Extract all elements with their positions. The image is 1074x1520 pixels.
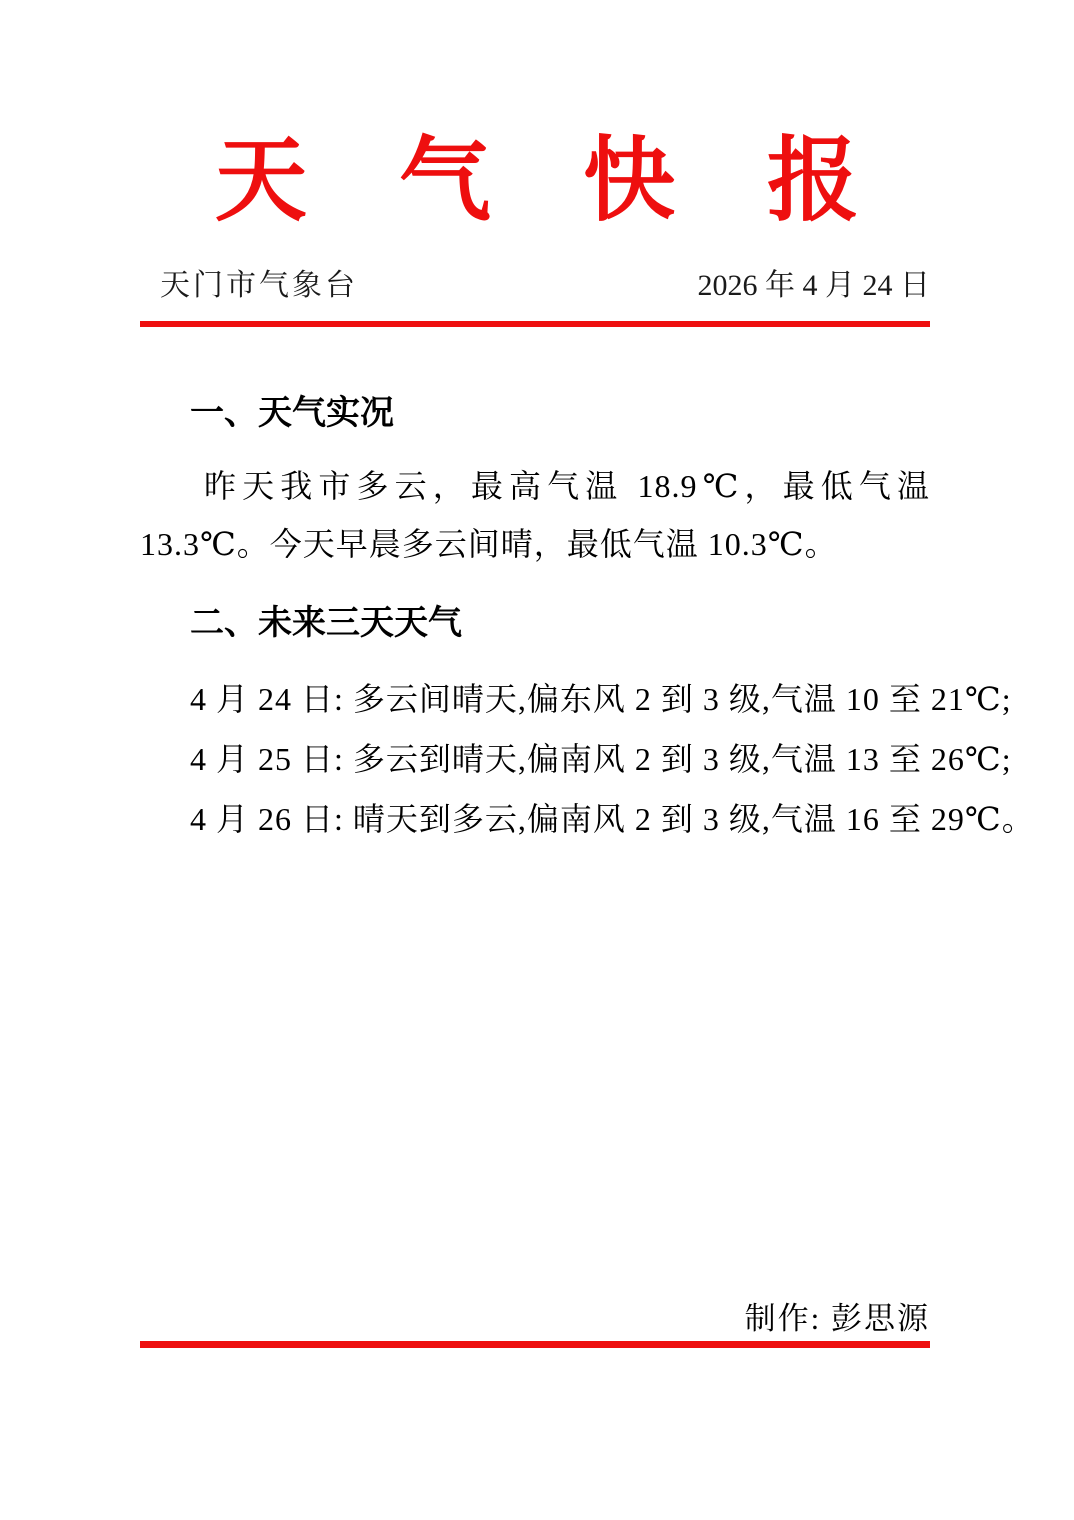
weather-bulletin-page: 天 气 快 报 天门市气象台 2026 年 4 月 24 日 一、天气实况 昨天… [0,0,1074,1520]
agency-name: 天门市气象台 [140,268,358,304]
forecast-line-day3: 4 月 26 日: 晴天到多云,偏南风 2 到 3 级,气温 16 至 29℃。 [140,789,930,849]
footer-row: 制作: 彭思源 [140,1300,930,1338]
producer-credit: 制作: 彭思源 [745,1301,930,1336]
forecast-line-day2: 4 月 25 日: 多云到晴天,偏南风 2 到 3 级,气温 13 至 26℃; [140,729,930,789]
doc-title: 天 气 快 报 [0,0,1074,230]
report-date: 2026 年 4 月 24 日 [698,268,931,304]
forecast-line-day1: 4 月 24 日: 多云间晴天,偏东风 2 到 3 级,气温 10 至 21℃; [140,669,930,729]
forecast-block: 4 月 24 日: 多云间晴天,偏东风 2 到 3 级,气温 10 至 21℃;… [140,669,930,849]
doc-content: 天门市气象台 2026 年 4 月 24 日 一、天气实况 昨天我市多云，最高气… [140,268,930,849]
section-heading-three-day-forecast: 二、未来三天天气 [140,603,930,643]
footer-divider [140,1341,930,1348]
section-heading-weather-actual: 一、天气实况 [140,393,930,433]
meta-row: 天门市气象台 2026 年 4 月 24 日 [140,268,930,304]
header-divider [140,321,930,327]
weather-actual-paragraph: 昨天我市多云，最高气温 18.9℃，最低气温 13.3℃。今天早晨多云间晴，最低… [140,457,930,573]
